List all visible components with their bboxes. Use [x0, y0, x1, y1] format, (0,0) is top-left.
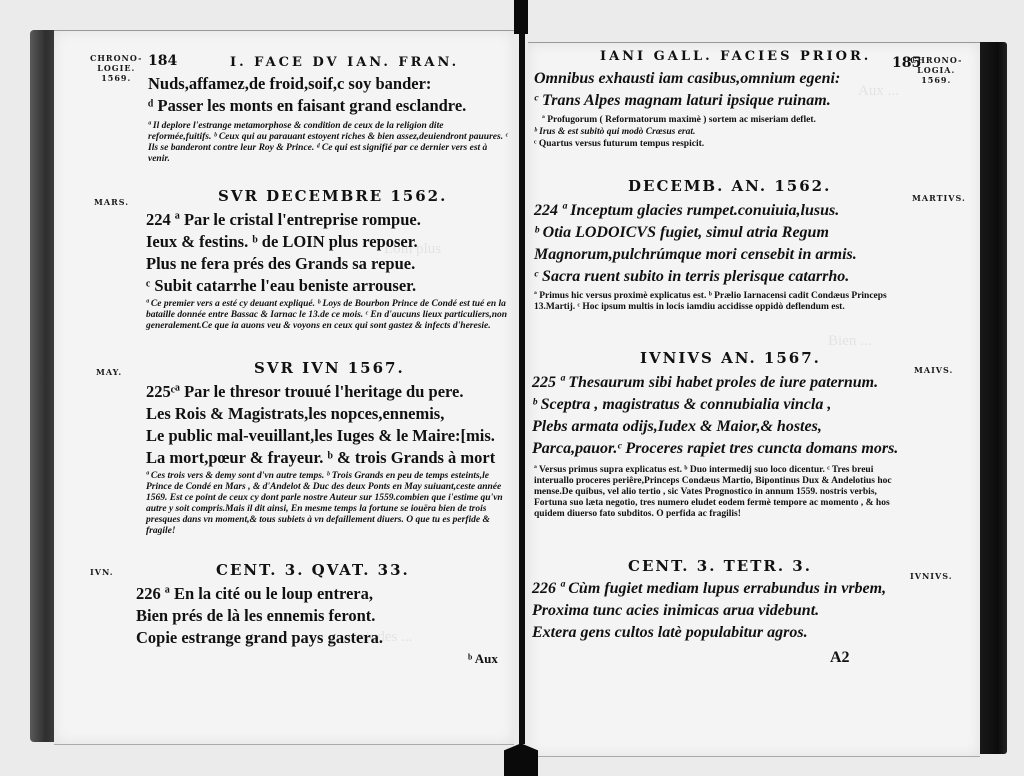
margin-month-label: MAY. [96, 367, 122, 377]
binding-clip-top [514, 0, 528, 34]
verse-line: Parca,pauor.ᶜ Proceres rapiet tres cunct… [532, 439, 898, 459]
book-binding [510, 0, 532, 776]
verse-line: Copie estrange grand pays gastera. [136, 627, 383, 648]
verse-line: ᶜ Subit catarrhe l'eau beniste arrouser. [146, 275, 416, 296]
signature-mark: A2 [830, 649, 850, 667]
verse-line: Les Rois & Magistrats,les nopces,ennemis… [146, 403, 444, 424]
binding-clip-bottom [504, 744, 538, 776]
verse-line: Plus ne fera prés des Grands sa repue. [146, 253, 415, 274]
catchword: ᵇ Aux [468, 651, 498, 667]
footnote-block: ª Ce premier vers a esté cy deuant expli… [146, 299, 508, 332]
footnote-line: ᶜ Quartus versus futurum tempus respicit… [534, 139, 704, 150]
footnote-block: ª Il deplore l'estrange metamorphose & c… [148, 121, 508, 165]
verse-line: 225 ª Thesaurum sibi habet proles de iur… [532, 373, 878, 393]
margin-line: 1569. [90, 73, 142, 83]
margin-month-label: MAIVS. [914, 365, 953, 375]
verse-line: La mort,pœur & frayeur. ᵇ & trois Grands… [146, 447, 495, 468]
verse-line: Ieux & festins. ᵇ de LOIN plus reposer. [146, 231, 418, 252]
margin-line: 1569. [910, 75, 962, 85]
verse-line: ᵇ Otia LODOICVS fugiet, simul atria Regu… [534, 223, 829, 243]
verse-line: ᶜ Trans Alpes magnam laturi ipsique ruin… [534, 91, 831, 111]
margin-month-label: MARTIVS. [912, 193, 966, 203]
section-heading: IVNIVS AN. 1567. [640, 349, 821, 367]
section-heading: CENT. 3. TETR. 3. [628, 557, 812, 575]
verse-line: 224 ª Inceptum glacies rumpet.conuiuia,l… [534, 201, 839, 221]
margin-month-label: IVN. [90, 567, 114, 577]
verse-line: Le public mal-veuillant,les Iuges & le M… [146, 425, 495, 446]
margin-line: LOGIA. [910, 65, 962, 75]
margin-month-label: IVNIVS. [910, 571, 953, 581]
footnote-line: ᵇ Irus & est subitò qui modò Crœsus erat… [534, 127, 695, 138]
section-heading: DECEMB. AN. 1562. [628, 177, 831, 195]
verse-line: Bien prés de là les ennemis feront. [136, 605, 375, 626]
right-margin-chronologia: CHRONO- LOGIA. 1569. [910, 55, 962, 85]
footnote-block: ª Primus hic versus proximè explicatus e… [534, 291, 904, 313]
section-heading: SVR IVN 1567. [254, 359, 405, 377]
margin-month-label: MARS. [94, 197, 129, 207]
margin-line: CHRONO- [910, 55, 962, 65]
footnote-block: ª Ces trois vers & demy sont d'vn autre … [146, 471, 508, 537]
verse-line: Magnorum,pulchrúmque mori censebit in ar… [534, 245, 857, 265]
verse-line: ᵇ Sceptra , magistratus & connubialia vi… [532, 395, 831, 415]
right-page: Aux ... Bien ... IANI GALL. FACIES PRIOR… [528, 42, 980, 757]
open-book-spread: Loin plus iniudes ... CHRONO- LOGIE. 156… [0, 0, 1024, 776]
section-heading: CENT. 3. QVAT. 33. [216, 561, 410, 579]
right-cover-edge [977, 42, 1007, 754]
verse-line: 226 ª Cùm fugiet mediam lupus errabundus… [532, 579, 886, 599]
page-number: 184 [148, 53, 177, 69]
verse-line: Nuds,affamez,de froid,soif,c soy bander: [148, 73, 431, 94]
verse-line: Omnibus exhausti iam casibus,omnium egen… [534, 69, 840, 89]
footnote-line: ª Profugorum ( Reformatorum maximè ) sor… [542, 115, 816, 126]
left-page: Loin plus iniudes ... CHRONO- LOGIE. 156… [54, 30, 514, 745]
verse-line: 226 ª En la cité ou le loup entrera, [136, 583, 373, 604]
verse-line: ᶜ Sacra ruent subito in terris plerisque… [534, 267, 849, 287]
margin-line: LOGIE. [90, 63, 142, 73]
running-head: I. FACE DV IAN. FRAN. [230, 55, 459, 70]
verse-line: Proxima tunc acies inimicas arua videbun… [532, 601, 819, 621]
verse-line: ᵈ Passer les monts en faisant grand escl… [148, 95, 466, 116]
left-cover-edge [30, 30, 56, 742]
running-head: IANI GALL. FACIES PRIOR. [600, 49, 871, 64]
footnote-block: ª Versus primus supra explicatus est. ᵇ … [534, 465, 906, 520]
verse-line: 225ᶜª Par le thresor trouué l'heritage d… [146, 381, 464, 402]
gutter-line [519, 34, 525, 744]
verse-line: Plebs armata odijs,Iudex & Maior,& hoste… [532, 417, 822, 437]
margin-line: CHRONO- [90, 53, 142, 63]
verse-line: Extera gens cultos latè populabitur agro… [532, 623, 808, 643]
left-margin-chronologie: CHRONO- LOGIE. 1569. [90, 53, 142, 83]
verse-line: 224 ª Par le cristal l'entreprise rompue… [146, 209, 421, 230]
section-heading: SVR DECEMBRE 1562. [218, 187, 447, 205]
